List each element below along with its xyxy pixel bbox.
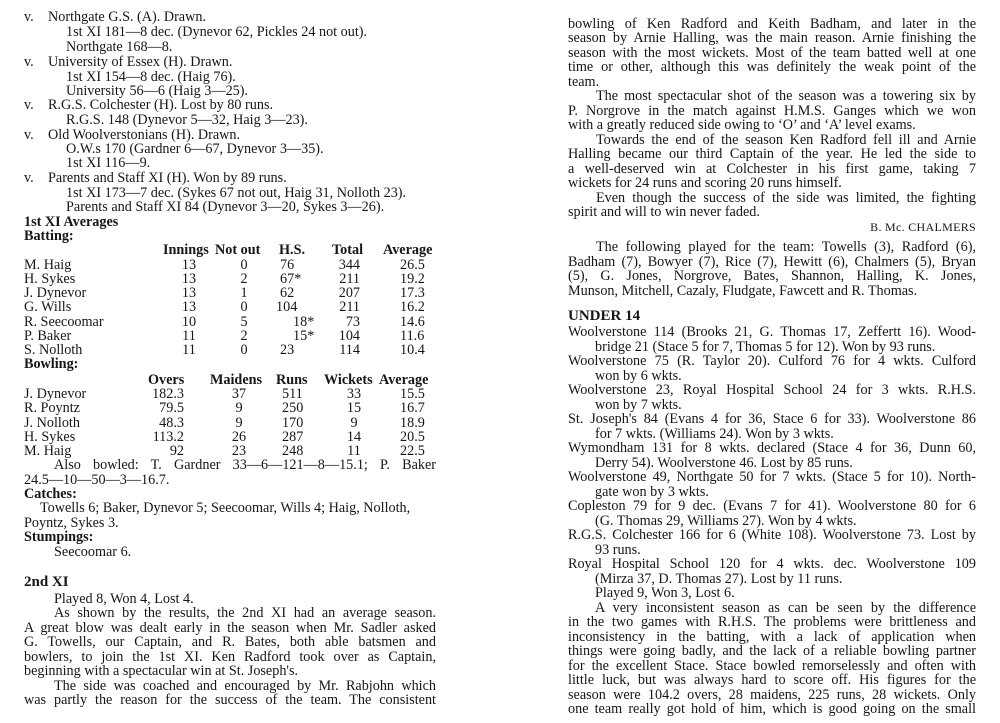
cell: 11 bbox=[174, 343, 204, 358]
player-name: G. Wills bbox=[24, 300, 71, 315]
para-line: As shown by the results, the 2nd XI had … bbox=[54, 606, 436, 621]
section-heading-under-14: UNDER 14 bbox=[568, 309, 640, 324]
fixture-line: Parents and Staff XI 84 (Dynevor 3—20, S… bbox=[66, 200, 384, 215]
para-line: with a greatly reduced side owing to ‘O’… bbox=[568, 118, 916, 133]
result-line: St. Joseph's 84 (Evans 4 for 36, Stace 6… bbox=[568, 412, 976, 427]
fixture-line: 1st XI 116—9. bbox=[66, 156, 150, 171]
result-line: Woolverstone 23, Royal Hospital School 2… bbox=[568, 383, 976, 398]
result-line: Royal Hospital School 120 for 4 wkts. de… bbox=[568, 557, 976, 572]
para-line: was partly the reason for the success of… bbox=[24, 693, 436, 708]
result-line: Woolverstone 75 (R. Taylor 20). Culford … bbox=[568, 354, 976, 369]
para-line: time or other, although this was definit… bbox=[568, 60, 976, 75]
result-line: Wymondham 131 for 8 wkts. declared (Stac… bbox=[568, 441, 976, 456]
para-line: team. bbox=[568, 75, 599, 90]
fixture-title: R.G.S. Colchester (H). Lost by 80 runs. bbox=[48, 98, 273, 113]
result-line: Woolverstone 49, Northgate 50 for 7 wkts… bbox=[568, 470, 976, 485]
cell: 16.7 bbox=[400, 401, 425, 416]
col-header: Total bbox=[332, 243, 363, 258]
fixture-title: University of Essex (H). Drawn. bbox=[48, 55, 232, 70]
col-header: Not out bbox=[215, 243, 260, 258]
fixture-prefix: v. bbox=[24, 128, 34, 143]
table-row: M. Haig 13 0 76 344 26.5 bbox=[24, 258, 436, 273]
cell: 114 bbox=[324, 343, 360, 358]
cell: 104 bbox=[276, 300, 297, 315]
para-line: Halling became our third Captain of the … bbox=[568, 147, 976, 162]
record: Played 9, Won 3, Lost 6. bbox=[595, 586, 735, 601]
fixture-prefix: v. bbox=[24, 10, 34, 25]
batting-heading: Batting: bbox=[24, 229, 74, 244]
played-list-line: Munson, Mitchell, Cazaly, Fludgate, Fawc… bbox=[568, 284, 917, 299]
fixture-line: Northgate 168—8. bbox=[66, 40, 172, 55]
cell: 23 bbox=[280, 343, 294, 358]
para-line: things were going badly, and the lack of… bbox=[568, 644, 976, 659]
col-header: Innings bbox=[163, 243, 209, 258]
player-name: R. Poyntz bbox=[24, 401, 80, 416]
fixture-title: Northgate G.S. (A). Drawn. bbox=[48, 10, 206, 25]
fixture-prefix: v. bbox=[24, 55, 34, 70]
result-line: R.G.S. Colchester 166 for 6 (White 108).… bbox=[568, 528, 976, 543]
para-line: spirit and will to win never faded. bbox=[568, 205, 760, 220]
table-row: J. Dynevor 13 1 62 207 17.3 bbox=[24, 286, 436, 301]
para-line: The most spectacular shot of the season … bbox=[596, 89, 976, 104]
table-row: S. Nolloth 11 0 23 114 10.4 bbox=[24, 343, 436, 358]
table-row: R. Seecoomar 10 5 18* 73 14.6 bbox=[24, 315, 436, 330]
para-line: little luck, but was always hard to scor… bbox=[568, 673, 976, 688]
para-line: G. Towells, our Captain, and R. Bates, b… bbox=[24, 635, 436, 650]
cell: 15 bbox=[339, 401, 369, 416]
table-row: J. Dynevor 182.3 37 511 33 15.5 bbox=[24, 387, 436, 402]
also-bowled: Also bowled: T. Gardner 33—6—121—8—15.1;… bbox=[54, 458, 436, 473]
table-row: R. Poyntz 79.5 9 250 15 16.7 bbox=[24, 401, 436, 416]
stumpings-heading: Stumpings: bbox=[24, 530, 93, 545]
cell: 9 bbox=[224, 401, 254, 416]
cell: 13 bbox=[174, 300, 204, 315]
table-row: P. Baker 11 2 15* 104 11.6 bbox=[24, 329, 436, 344]
result-line: Woolverstone 114 (Brooks 21, G. Thomas 1… bbox=[568, 325, 976, 340]
para-line: beginning with a spectacular win at St. … bbox=[24, 664, 298, 679]
para-line: in the two games with R.H.S. The problem… bbox=[568, 615, 976, 630]
para-line: wickets for 24 runs and scoring 20 runs … bbox=[568, 176, 842, 191]
fixture-line: R.G.S. 148 (Dynevor 5—32, Haig 3—23). bbox=[66, 113, 308, 128]
bowling-heading: Bowling: bbox=[24, 357, 78, 372]
fixture-prefix: v. bbox=[24, 171, 34, 186]
para-line: season by Arnie Halling, was the main re… bbox=[568, 31, 976, 46]
signature: B. Mc. CHALMERS bbox=[870, 220, 976, 235]
table-row: J. Nolloth 48.3 9 170 9 18.9 bbox=[24, 416, 436, 431]
played-list-line: (5), G. Jones, Norgrove, Bates, Shannon,… bbox=[568, 269, 976, 284]
stumpings-text: Seecoomar 6. bbox=[54, 545, 131, 560]
section-heading-2nd-xi: 2nd XI bbox=[24, 575, 69, 590]
col-header: H.S. bbox=[279, 243, 305, 258]
cell: 250 bbox=[282, 401, 303, 416]
table-row: H. Sykes 113.2 26 287 14 20.5 bbox=[24, 430, 436, 445]
fixture-prefix: v. bbox=[24, 98, 34, 113]
para-line: one team really got hold of him, which i… bbox=[568, 702, 976, 717]
played-list-line: The following played for the team: Towel… bbox=[596, 240, 976, 255]
cell: 0 bbox=[234, 300, 254, 315]
catches-text: Towells 6; Baker, Dynevor 5; Seecoomar, … bbox=[40, 501, 410, 516]
fixture-title: Parents and Staff XI (H). Won by 89 runs… bbox=[48, 171, 287, 186]
cell: 16.2 bbox=[400, 300, 425, 315]
cell: 79.5 bbox=[134, 401, 184, 416]
cell: 211 bbox=[324, 300, 360, 315]
result-line: Copleston 79 for 9 dec. (Evans 7 for 41)… bbox=[568, 499, 976, 514]
batting-header-row: Innings Not out H.S. Total Average bbox=[24, 243, 436, 258]
table-row: G. Wills 13 0 104 211 16.2 bbox=[24, 300, 436, 315]
col-header: Average bbox=[383, 243, 432, 258]
cell: 0 bbox=[234, 343, 254, 358]
cell: 10.4 bbox=[400, 343, 425, 358]
fixture-line: 1st XI 181—8 dec. (Dynevor 62, Pickles 2… bbox=[66, 25, 367, 40]
cell: 15* bbox=[293, 329, 314, 344]
